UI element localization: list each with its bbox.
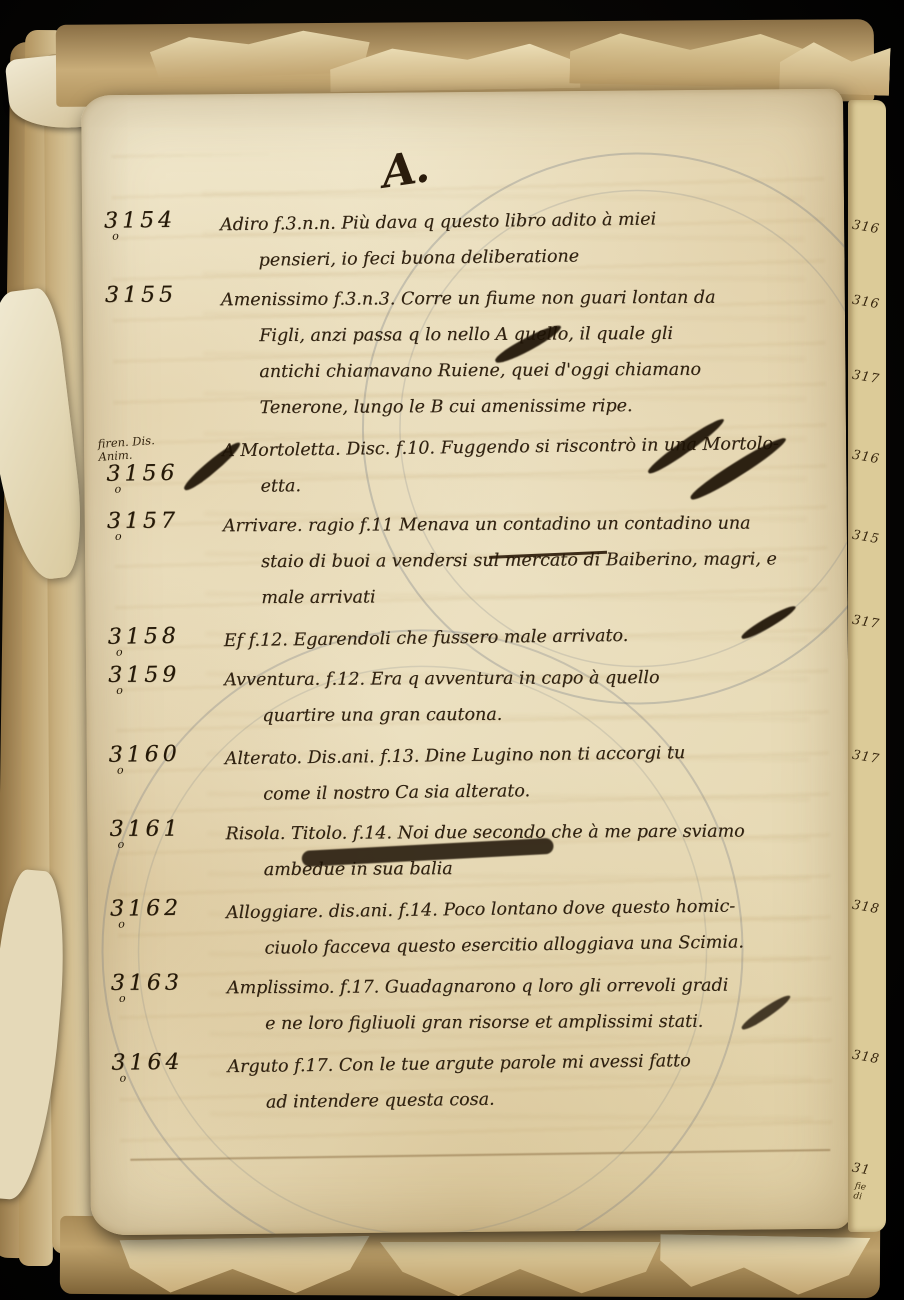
entry-number-cell: 3161o xyxy=(109,816,217,851)
entry-number-cell: firen. Dis. Anim.3156o xyxy=(106,433,215,495)
entry-row: 3155Amenissimo f.3.n.3. Corre un fiume n… xyxy=(105,279,820,427)
margin-note: firen. Dis. Anim. xyxy=(97,430,214,464)
entry-row: 3160oAlterato. Dis.ani. f.13. Dine Lugin… xyxy=(109,733,824,814)
edge-number: 316 xyxy=(851,448,881,468)
edge-number: 317 xyxy=(851,613,881,633)
entry-list: 3154oAdiro f.3.n.n. Più dava q questo li… xyxy=(104,201,826,1126)
edge-number: 316 xyxy=(851,293,881,313)
entry-text: Avventura. f.12. Era q avventura in capo… xyxy=(224,659,822,734)
next-page-edge: 31631631731631531731731831831fie di xyxy=(848,100,886,1232)
entry-text-line: Avventura. f.12. Era q avventura in capo… xyxy=(224,659,822,698)
entry-number-cell: 3160o xyxy=(109,741,217,776)
edge-number: 317 xyxy=(851,748,881,768)
entry-row: 3164oArguto f.17. Con le tue argute paro… xyxy=(111,1041,826,1122)
edge-number: 31 xyxy=(851,1161,872,1179)
edge-number: 315 xyxy=(851,528,881,548)
entry-text-line: quartire una gran cautona. xyxy=(224,695,822,734)
entry-number-cell: 3154o xyxy=(104,207,212,242)
entry-number-cell: 3157o xyxy=(107,508,215,543)
edge-number: 317 xyxy=(851,368,881,388)
entry-row: 3157oArrivare. ragio f.11 Menava un cont… xyxy=(107,505,822,617)
entry-row: 3154oAdiro f.3.n.n. Più dava q questo li… xyxy=(104,199,819,280)
entry-text-line: ciuolo facceva questo esercitio alloggia… xyxy=(226,923,824,967)
entry-text-line: e ne loro figliuoli gran risorse et ampl… xyxy=(227,1003,825,1042)
entry-text: Arrivare. ragio f.11 Menava un contadino… xyxy=(223,505,822,616)
entry-number-cell: 3158o xyxy=(108,623,216,658)
entry-row: 3159oAvventura. f.12. Era q avventura in… xyxy=(108,659,822,735)
entry-text-line: Amplissimo. f.17. Guadagnarono q loro gl… xyxy=(227,967,825,1006)
entry-row: 3162oAlloggiare. dis.ani. f.14. Poco lon… xyxy=(110,887,825,968)
entry-text-line: ad intendere questa cosa. xyxy=(228,1077,826,1121)
entry-text-line: staio di buoi a vendersi sul mercato di … xyxy=(223,541,821,580)
entry-text: Alloggiare. dis.ani. f.14. Poco lontano … xyxy=(226,887,825,967)
entry-row: 3158oEf f.12. Egarendoli che fussero mal… xyxy=(108,615,822,660)
entry-text: Ef f.12. Egarendoli che fussero male arr… xyxy=(224,615,822,659)
photo-background: A. 3154oAdiro f.3.n.n. Più dava q questo… xyxy=(0,0,904,1300)
entry-number-cell: 3162o xyxy=(110,895,218,930)
entry-text: Amplissimo. f.17. Guadagnarono q loro gl… xyxy=(227,967,825,1042)
entry-number: 3155 xyxy=(105,282,213,308)
entry-row: 3163oAmplissimo. f.17. Guadagnarono q lo… xyxy=(111,967,825,1043)
entry-number-cell: 3155 xyxy=(105,282,213,304)
manuscript-page: A. 3154oAdiro f.3.n.n. Più dava q questo… xyxy=(81,89,853,1236)
entry-text: Arguto f.17. Con le tue argute parole mi… xyxy=(227,1041,826,1121)
entry-number-cell: 3159o xyxy=(108,662,216,697)
edge-number: 318 xyxy=(851,1048,881,1068)
entry-text-line: Ef f.12. Egarendoli che fussero male arr… xyxy=(224,615,822,659)
entry-text-line: male arrivati xyxy=(223,577,821,616)
page-crease xyxy=(130,1149,830,1161)
entry-text-line: come il nostro Ca sia alterato. xyxy=(225,769,823,813)
entry-text-line: antichi chiamavano Ruiene, quei d'oggi c… xyxy=(221,351,819,390)
entry-text-line: Tenerone, lungo le B cui amenissime ripe… xyxy=(221,387,819,426)
edge-number: 318 xyxy=(851,898,881,918)
header-letter: A. xyxy=(378,141,431,198)
edge-note: fie di xyxy=(853,1181,867,1202)
edge-number: 316 xyxy=(851,218,881,238)
entry-text: Alterato. Dis.ani. f.13. Dine Lugino non… xyxy=(225,733,824,813)
entry-text-line: Amenissimo f.3.n.3. Corre un fiume non g… xyxy=(221,279,819,318)
entry-text: Adiro f.3.n.n. Più dava q questo libro a… xyxy=(220,199,819,279)
entry-text-line: Arrivare. ragio f.11 Menava un contadino… xyxy=(223,505,821,544)
entry-text-line: pensieri, io feci buona deliberatione xyxy=(220,235,818,279)
entry-number-cell: 3164o xyxy=(111,1049,219,1084)
entry-number-cell: 3163o xyxy=(111,970,219,1005)
